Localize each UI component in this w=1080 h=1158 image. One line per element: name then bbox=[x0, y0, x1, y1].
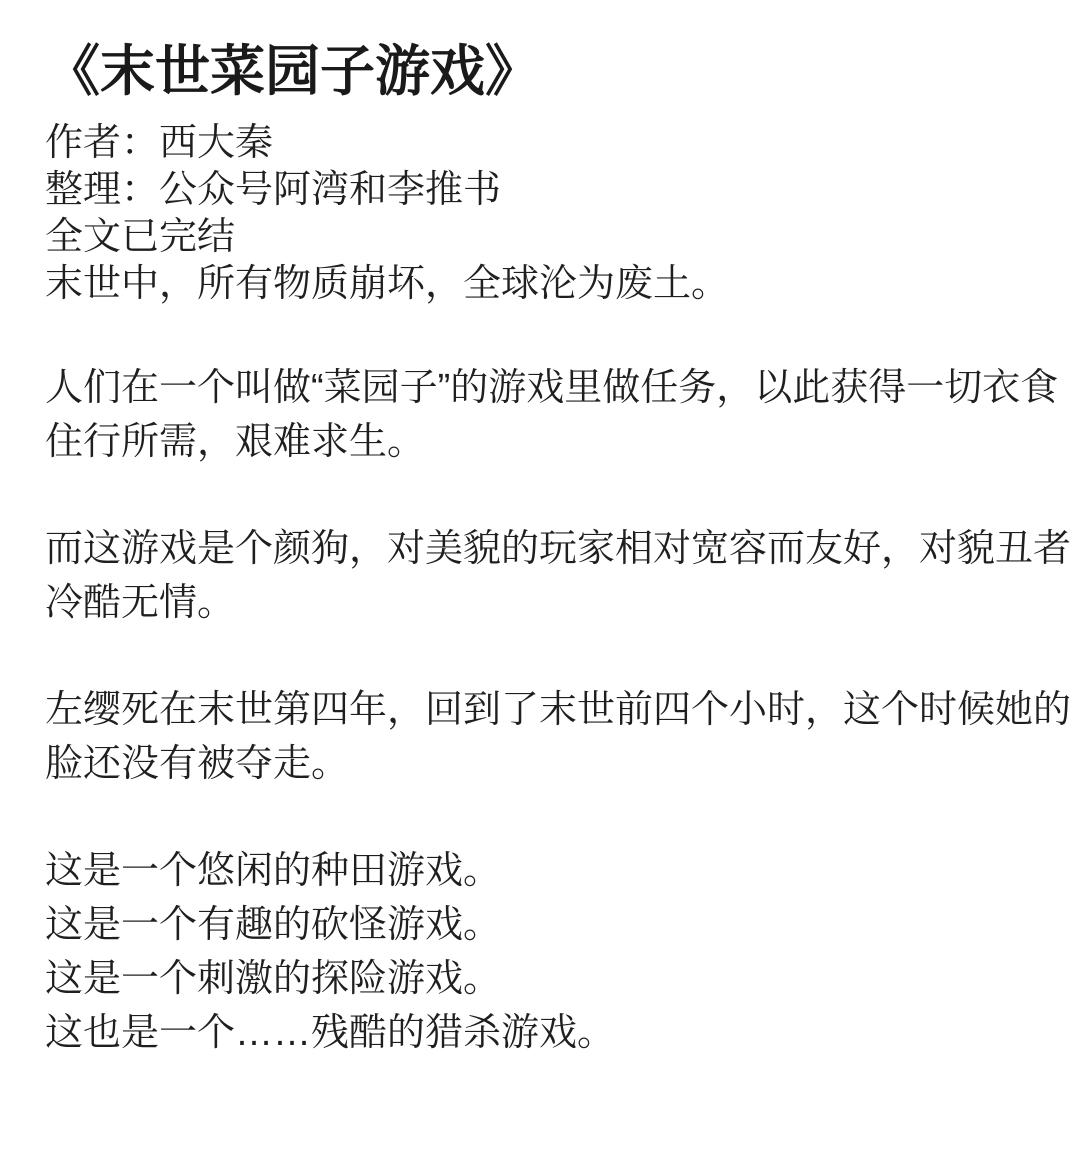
text-line: 住行所需，艰难求生。 bbox=[45, 415, 1065, 469]
text-line: 而这游戏是个颜狗，对美貌的玩家相对宽容而友好，对貌丑者 bbox=[45, 522, 1065, 576]
meta-block: 作者：西大秦 整理：公众号阿湾和李推书 全文已完结 末世中，所有物质崩坏，全球沦… bbox=[45, 120, 1065, 308]
book-title: 《末世菜园子游戏》 bbox=[45, 38, 1065, 104]
author-line: 作者：西大秦 bbox=[45, 120, 1065, 167]
paragraph-game-bias: 而这游戏是个颜狗，对美貌的玩家相对宽容而友好，对貌丑者 冷酷无情。 bbox=[45, 522, 1065, 630]
text-line: 人们在一个叫做“菜园子”的游戏里做任务，以此获得一切衣食 bbox=[45, 361, 1065, 415]
text-line: 冷酷无情。 bbox=[45, 576, 1065, 630]
paragraph-game-premise: 人们在一个叫做“菜园子”的游戏里做任务，以此获得一切衣食 住行所需，艰难求生。 bbox=[45, 361, 1065, 469]
closing-line-monster: 这是一个有趣的砍怪游戏。 bbox=[45, 898, 1065, 952]
paragraph-protagonist: 左缨死在末世第四年，回到了末世前四个小时，这个时候她的 脸还没有被夺走。 bbox=[45, 683, 1065, 791]
closing-line-farming: 这是一个悠闲的种田游戏。 bbox=[45, 844, 1065, 898]
compiler-line: 整理：公众号阿湾和李推书 bbox=[45, 167, 1065, 214]
closing-line-adventure: 这是一个刺激的探险游戏。 bbox=[45, 952, 1065, 1006]
completion-status-line: 全文已完结 bbox=[45, 214, 1065, 261]
intro-line: 末世中，所有物质崩坏，全球沦为废土。 bbox=[45, 261, 1065, 308]
closing-line-hunting: 这也是一个……残酷的猎杀游戏。 bbox=[45, 1006, 1065, 1060]
text-line: 左缨死在末世第四年，回到了末世前四个小时，这个时候她的 bbox=[45, 683, 1065, 737]
novel-intro-page: 《末世菜园子游戏》 作者：西大秦 整理：公众号阿湾和李推书 全文已完结 末世中，… bbox=[0, 0, 1080, 1158]
text-line: 脸还没有被夺走。 bbox=[45, 737, 1065, 791]
closing-lines-block: 这是一个悠闲的种田游戏。 这是一个有趣的砍怪游戏。 这是一个刺激的探险游戏。 这… bbox=[45, 844, 1065, 1060]
